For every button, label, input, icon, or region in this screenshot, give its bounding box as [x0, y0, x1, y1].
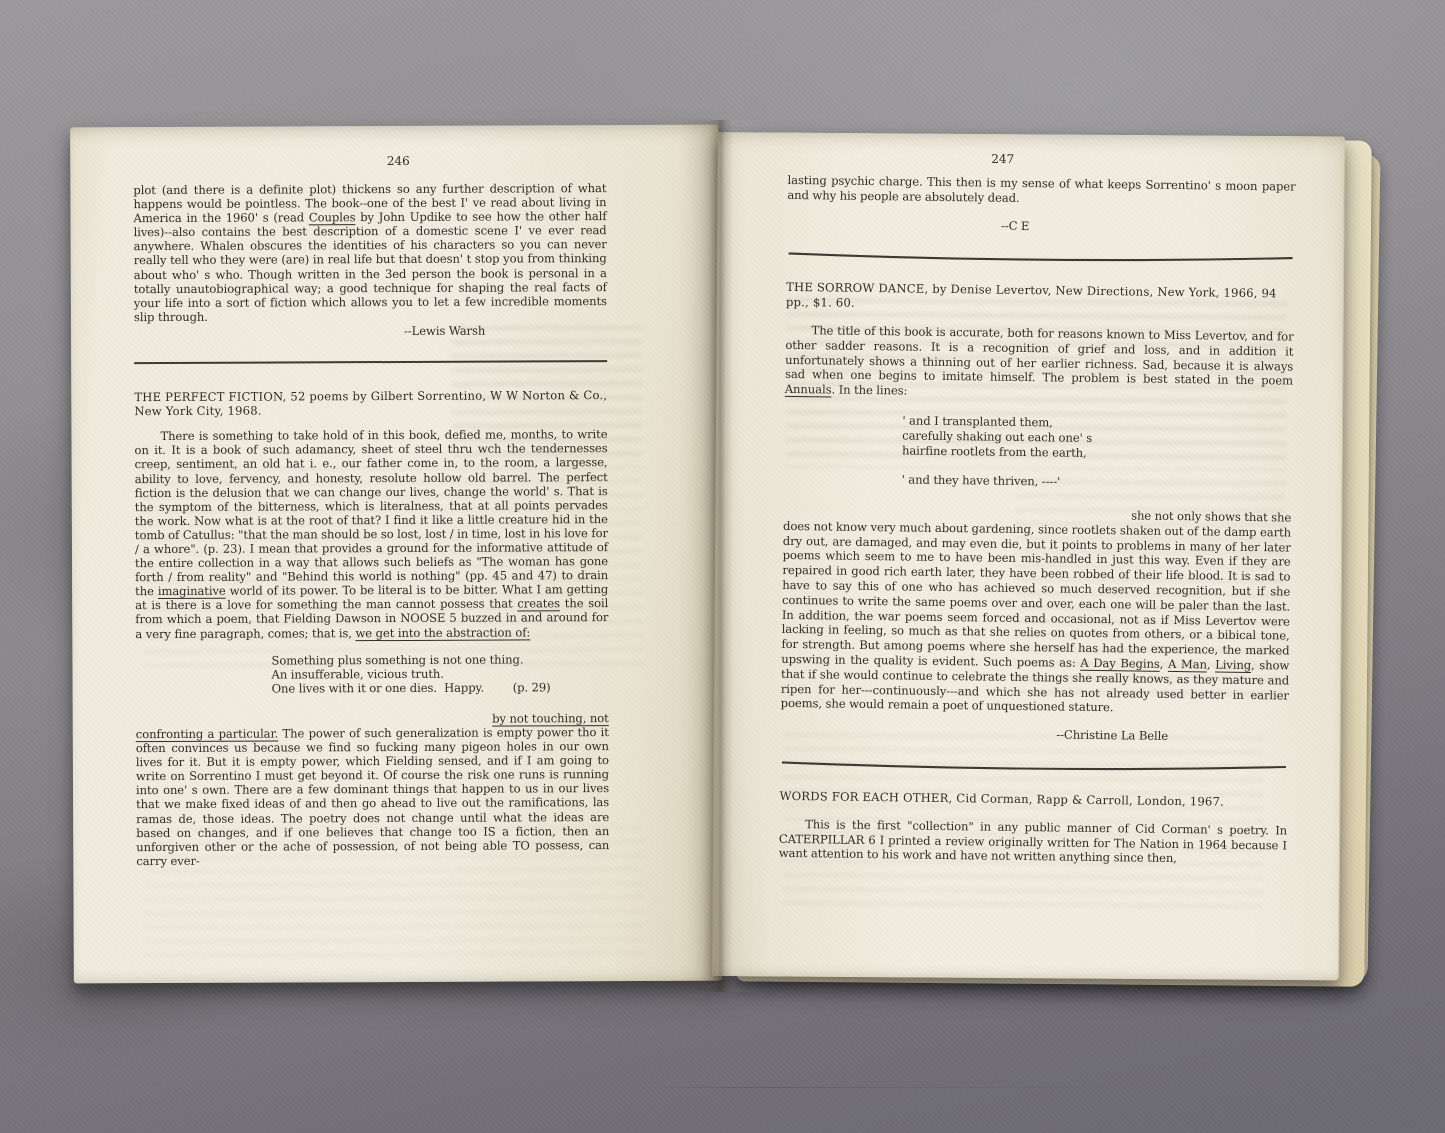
text-run: lasting psychic charge. This then is my …	[787, 173, 1295, 205]
page-247-content: lasting psychic charge. This then is my …	[712, 164, 1344, 868]
poem-quote: Something plus something is not one thin…	[271, 652, 608, 696]
underlined-text: creates	[517, 597, 560, 611]
page-number-left: 246	[74, 125, 722, 170]
text-run: ,	[1160, 657, 1168, 671]
open-book: 246 plot (and there is a definite plot) …	[72, 120, 1368, 996]
reviewer-signature: --C E	[1001, 218, 1295, 237]
text-run: . In the lines:	[831, 383, 907, 398]
text-run: The title of this book is accurate, both…	[785, 323, 1294, 388]
text-run: she not only shows that she	[1131, 508, 1291, 524]
reviewer-signature: --Lewis Warsh	[404, 323, 607, 338]
text-run: ,	[1207, 657, 1215, 671]
review-heading: WORDS FOR EACH OTHER, Cid Corman, Rapp &…	[779, 789, 1287, 810]
poem-line: One lives with it or one dies. Happy. (p…	[272, 680, 609, 696]
paragraph: This is the first "collection" in any pu…	[779, 817, 1288, 868]
paragraph: plot (and there is a definite plot) thic…	[133, 181, 607, 324]
separator-rule	[134, 360, 607, 364]
text-run: The power of such generalization is empt…	[136, 725, 609, 868]
page-246-content: plot (and there is a definite plot) thic…	[70, 167, 721, 869]
underlined-text: A Man	[1168, 657, 1207, 672]
underlined-text: A Day Begins	[1080, 656, 1160, 671]
separator-rule	[787, 250, 1295, 267]
page-right: 247 lasting psychic charge. This then is…	[712, 132, 1345, 980]
text-run: does not know very much about gardening,…	[781, 519, 1291, 670]
paragraph: lasting psychic charge. This then is my …	[787, 173, 1295, 209]
underlined-text: Living	[1215, 657, 1251, 671]
page-left: 246 plot (and there is a definite plot) …	[70, 125, 722, 984]
paragraph: does not know very much about gardening,…	[781, 519, 1291, 718]
underlined-text: we get into the abstraction of:	[355, 625, 530, 640]
surface-scratch	[640, 1087, 1140, 1088]
text-run: This is the first "collection" in any pu…	[779, 817, 1288, 865]
review-heading: THE PERFECT FICTION, 52 poems by Gilbert…	[134, 388, 607, 418]
photo-background: 246 plot (and there is a definite plot) …	[0, 0, 1445, 1133]
poem-line: An insufferable, vicious truth.	[271, 666, 608, 682]
paragraph: confronting a particular. The power of s…	[136, 725, 610, 868]
underlined-text: imaginative	[158, 584, 226, 598]
review-heading: THE SORROW DANCE, by Denise Levertov, Ne…	[786, 280, 1294, 316]
paragraph: There is something to take hold of in th…	[134, 427, 608, 640]
paragraph: The title of this book is accurate, both…	[785, 323, 1294, 404]
underlined-text: by not touching, not	[492, 711, 609, 726]
poem-line: Something plus something is not one thin…	[271, 652, 608, 668]
text-run: by John Updike to see how the other half…	[134, 209, 607, 324]
separator-rule	[780, 759, 1288, 776]
underlined-text: confronting a particular.	[136, 727, 279, 742]
reviewer-signature: --Christine La Belle	[1056, 728, 1288, 746]
underlined-text: Couples	[309, 210, 356, 224]
poem-quote: ' and I transplanted them,carefully shak…	[902, 413, 1293, 492]
underlined-text: Annuals	[785, 382, 832, 397]
text-run: There is something to take hold of in th…	[135, 427, 609, 598]
